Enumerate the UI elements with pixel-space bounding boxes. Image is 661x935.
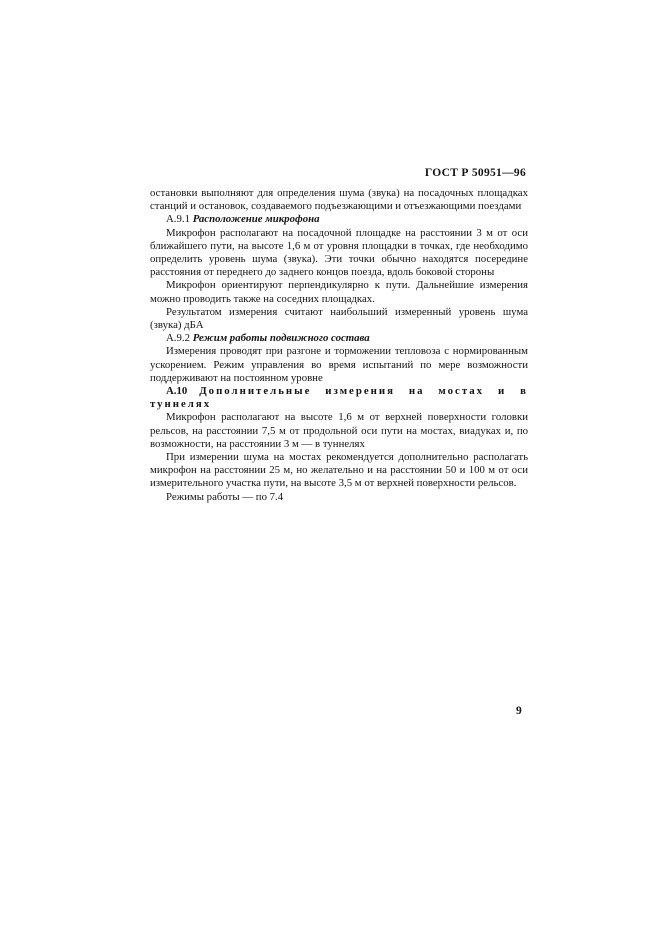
section-a92-title: Режим работы подвижного состава [193,332,370,344]
page-number: 9 [516,705,522,717]
section-a10-title: Дополнительные измерения на мостах и в т… [150,385,528,410]
paragraph-a10-3: Режимы работы — по 7.4 [150,491,528,504]
section-a92-heading: А.9.2 Режим работы подвижного состава [150,332,528,345]
paragraph-a91-2: Микрофон ориентируют перпендикулярно к п… [150,279,528,305]
intro-paragraph: остановки выполняют для определения шума… [150,187,528,213]
document-page: ГОСТ Р 50951—96 остановки выполняют для … [0,0,661,935]
section-a92-number: А.9.2 [166,332,190,344]
paragraph-a92-1: Измерения проводят при разгоне и торможе… [150,345,528,385]
paragraph-a10-1: Микрофон располагают на высоте 1,6 м от … [150,411,528,451]
paragraph-a91-1: Микрофон располагают на посадочной площа… [150,227,528,280]
paragraph-a91-3: Результатом измерения считают наибольший… [150,306,528,332]
section-a10-number: А.10 [166,385,187,397]
paragraph-a10-2: При измерении шума на мостах рекомендует… [150,451,528,491]
section-a91-title: Расположение микрофона [193,213,320,225]
section-a91-number: А.9.1 [166,213,190,225]
section-a91-heading: А.9.1 Расположение микрофона [150,213,528,226]
standard-designation-header: ГОСТ Р 50951—96 [150,167,526,179]
body-text: остановки выполняют для определения шума… [150,187,528,504]
section-a10-heading: А.10 Дополнительные измерения на мостах … [150,385,528,411]
